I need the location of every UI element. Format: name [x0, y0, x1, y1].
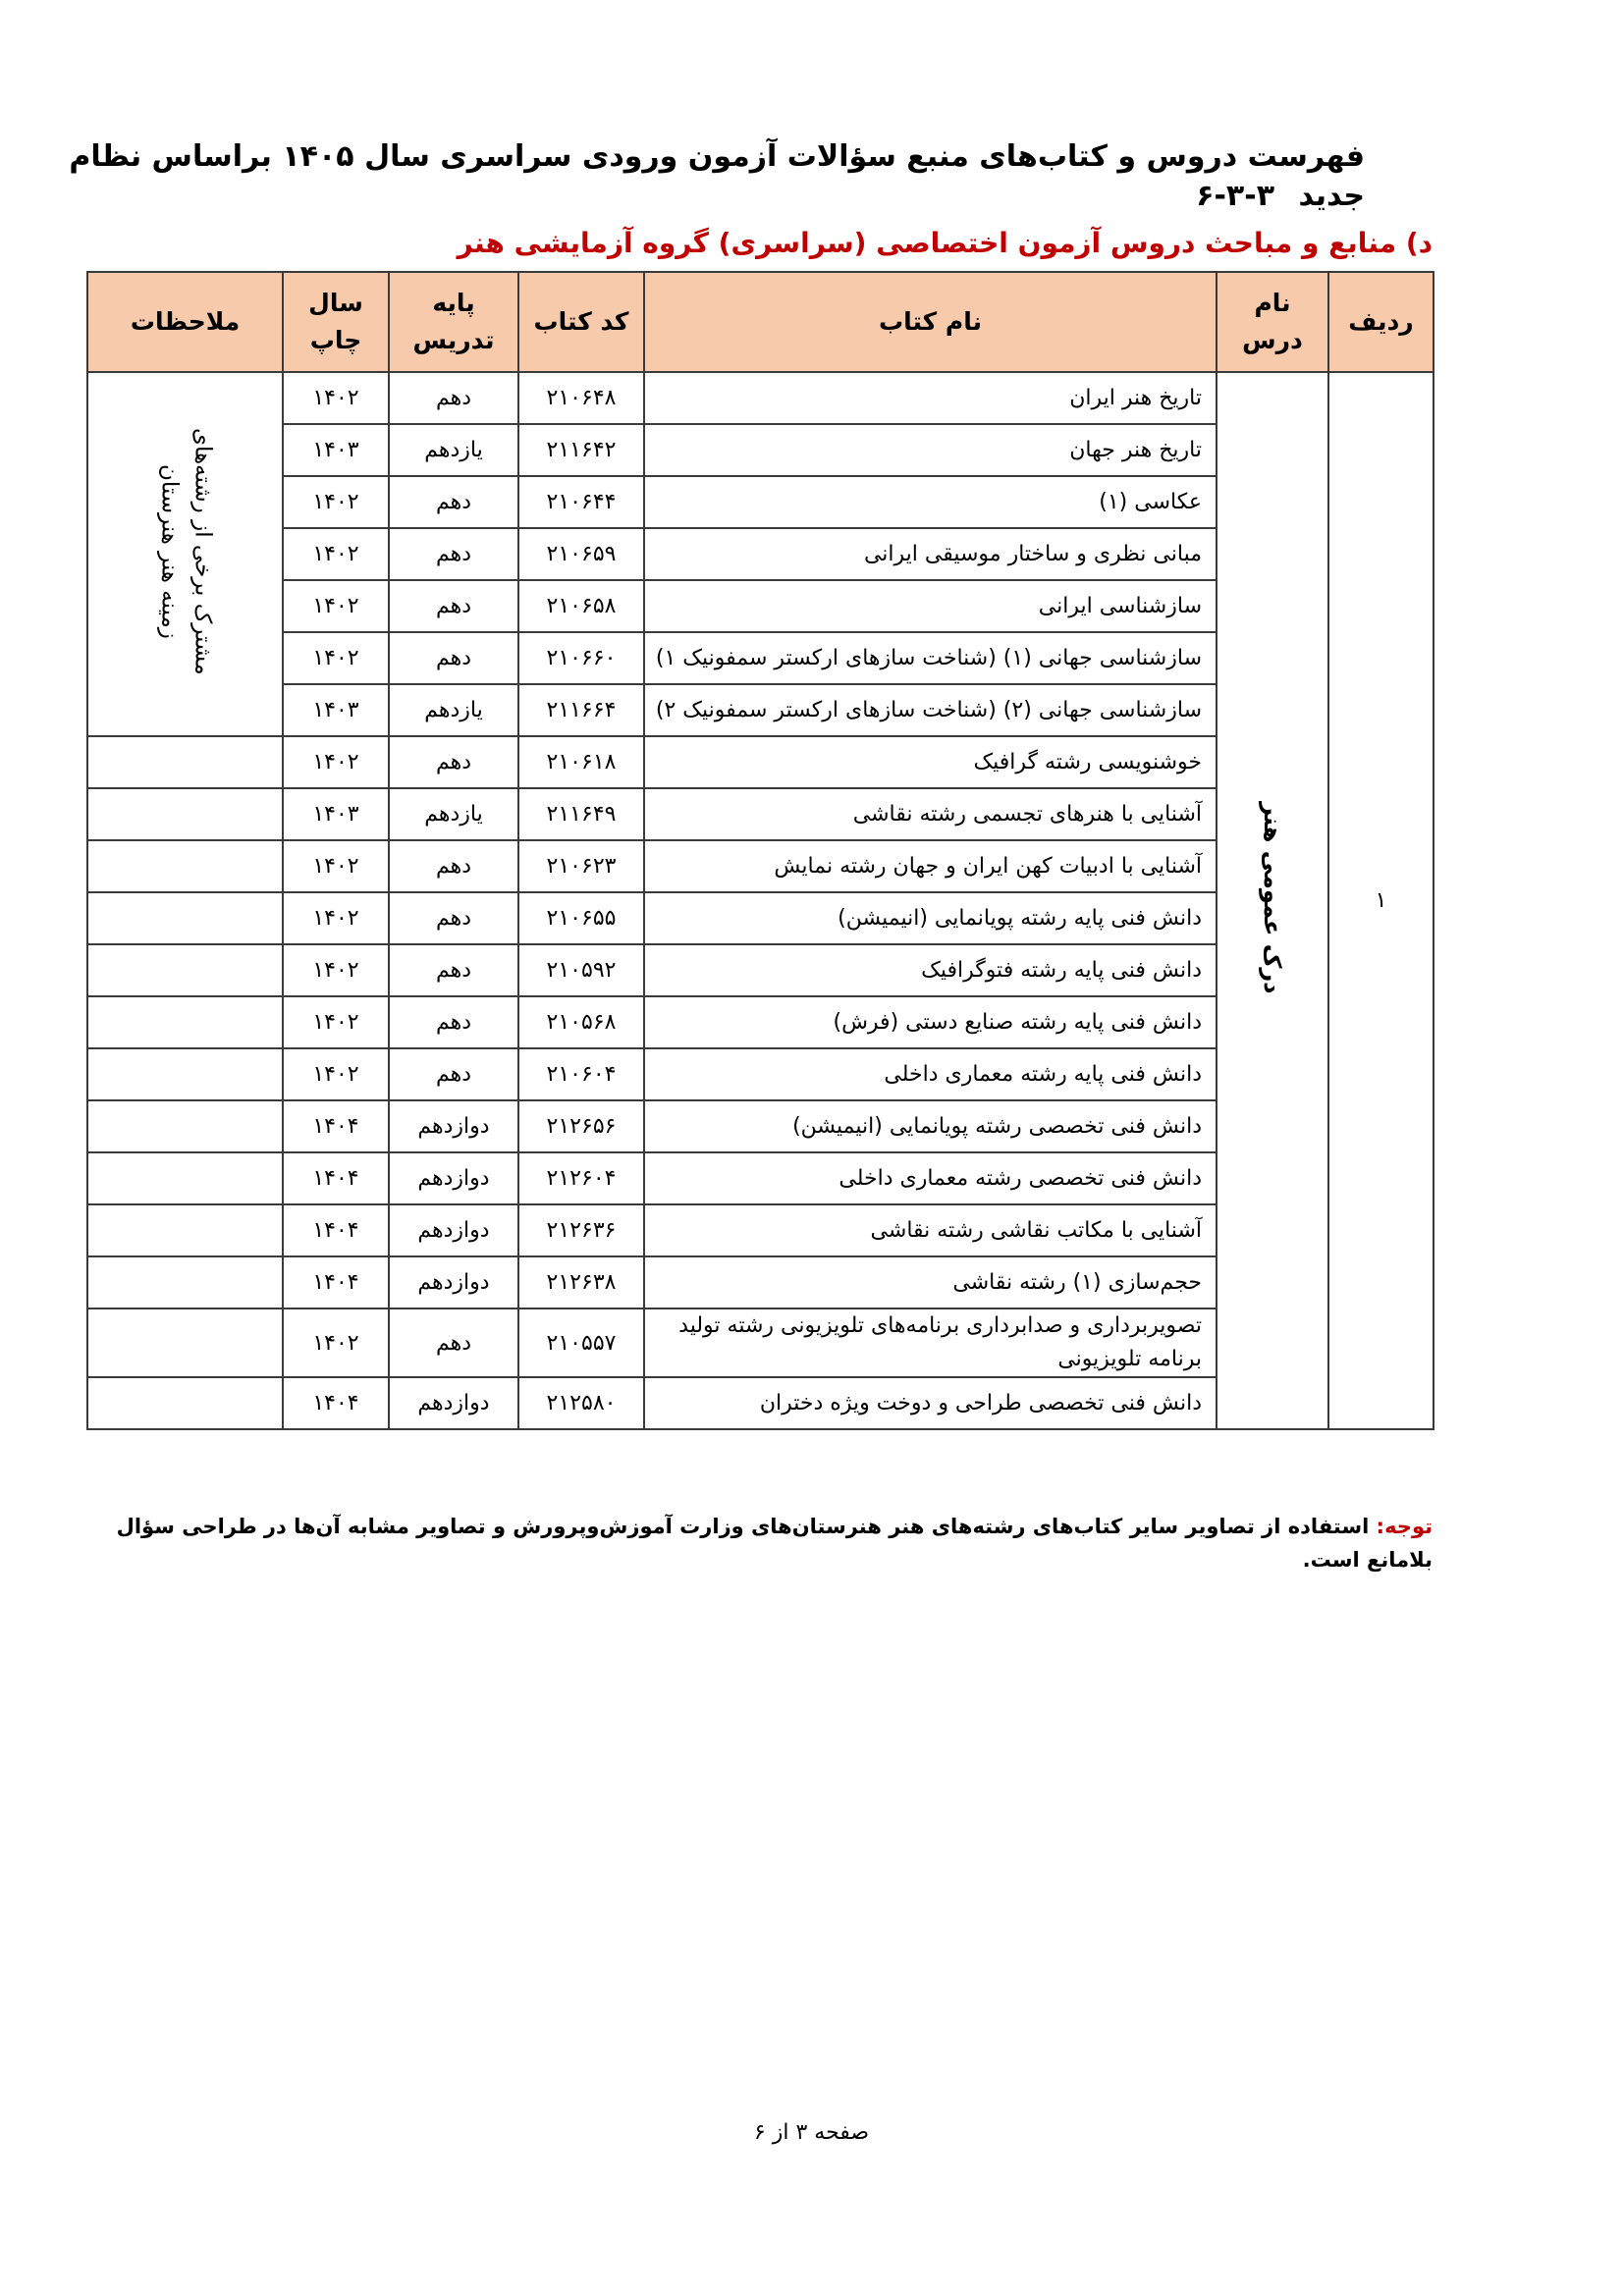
book-name-cell: دانش فنی تخصصی رشته معماری داخلی	[644, 1152, 1217, 1204]
book-code-cell: ۲۱۱۶۴۲	[518, 424, 644, 476]
grade-cell: دهم	[389, 1308, 518, 1377]
print-year-cell: ۱۴۰۲	[283, 996, 389, 1048]
grade-cell: دهم	[389, 840, 518, 892]
header-year-line1: سال	[308, 289, 363, 317]
book-name-cell: دانش فنی تخصصی طراحی و دوخت ویژه دختران	[644, 1377, 1217, 1429]
notes-cell	[87, 1152, 283, 1204]
print-year-cell: ۱۴۰۲	[283, 840, 389, 892]
notes-cell	[87, 1204, 283, 1256]
book-name-cell: دانش فنی پایه رشته فتوگرافیک	[644, 944, 1217, 996]
print-year-cell: ۱۴۰۳	[283, 424, 389, 476]
book-name-cell: خوشنویسی رشته گرافیک	[644, 736, 1217, 788]
section-subtitle: د) منابع و مباحث دروس آزمون اختصاصی (سرا…	[458, 224, 1433, 263]
table-row: ۱ درک عمومی هنر تاریخ هنر ایران ۲۱۰۶۴۸ د…	[87, 372, 1434, 424]
print-year-cell: ۱۴۰۲	[283, 528, 389, 580]
grade-cell: دهم	[389, 996, 518, 1048]
print-year-cell: ۱۴۰۲	[283, 476, 389, 528]
book-code-cell: ۲۱۲۶۳۶	[518, 1204, 644, 1256]
grade-cell: دهم	[389, 944, 518, 996]
book-name-cell: سازشناسی جهانی (۲) (شناخت سازهای ارکستر …	[644, 684, 1217, 736]
grade-cell: دوازدهم	[389, 1377, 518, 1429]
print-year-cell: ۱۴۰۲	[283, 1308, 389, 1377]
document-title-text: فهرست دروس و کتاب‌های منبع سؤالات آزمون …	[69, 139, 1365, 213]
book-name-cell: عکاسی (۱)	[644, 476, 1217, 528]
subject-cell: درک عمومی هنر	[1217, 372, 1328, 1429]
print-year-cell: ۱۴۰۲	[283, 1048, 389, 1100]
footnote: توجه: استفاده از تصاویر سایر کتاب‌های رش…	[86, 1510, 1433, 1576]
grade-cell: دهم	[389, 1048, 518, 1100]
row-number-cell: ۱	[1328, 372, 1434, 1429]
notes-cell	[87, 1308, 283, 1377]
book-name-cell: آشنایی با هنرهای تجسمی رشته نقاشی	[644, 788, 1217, 840]
grade-cell: دوازدهم	[389, 1204, 518, 1256]
notes-cell	[87, 840, 283, 892]
book-name-cell: حجم‌سازی (۱) رشته نقاشی	[644, 1256, 1217, 1308]
book-code-cell: ۲۱۰۶۰۴	[518, 1048, 644, 1100]
book-name-cell: مبانی نظری و ساختار موسیقی ایرانی	[644, 528, 1217, 580]
header-book-name: نام کتاب	[644, 272, 1217, 372]
notes-cell	[87, 996, 283, 1048]
book-code-cell: ۲۱۱۶۴۹	[518, 788, 644, 840]
header-year-line2: چاپ	[310, 326, 362, 354]
print-year-cell: ۱۴۰۲	[283, 736, 389, 788]
notes-cell	[87, 944, 283, 996]
document-title: فهرست دروس و کتاب‌های منبع سؤالات آزمون …	[0, 137, 1365, 216]
book-name-cell: آشنایی با ادبیات کهن ایران و جهان رشته ن…	[644, 840, 1217, 892]
book-code-cell: ۲۱۲۵۸۰	[518, 1377, 644, 1429]
book-name-cell: سازشناسی جهانی (۱) (شناخت سازهای ارکستر …	[644, 632, 1217, 684]
header-grade-line1: پایه	[432, 289, 474, 317]
header-notes: ملاحظات	[87, 272, 283, 372]
notes-cell	[87, 1048, 283, 1100]
document-section-number: ۳-۳-۶	[1196, 179, 1274, 213]
header-grade: پایه تدریس	[389, 272, 518, 372]
book-name-cell: دانش فنی پایه رشته پویانمایی (انیمیشن)	[644, 892, 1217, 944]
subject-name: درک عمومی هنر	[1256, 802, 1289, 993]
grade-cell: دهم	[389, 580, 518, 632]
book-code-cell: ۲۱۲۶۰۴	[518, 1152, 644, 1204]
book-code-cell: ۲۱۰۶۵۹	[518, 528, 644, 580]
book-name-cell: آشنایی با مکاتب نقاشی رشته نقاشی	[644, 1204, 1217, 1256]
print-year-cell: ۱۴۰۲	[283, 580, 389, 632]
header-grade-line2: تدریس	[413, 326, 495, 354]
book-name-cell: تصویربرداری و صدابرداری برنامه‌های تلویز…	[644, 1308, 1217, 1377]
header-subject-line1: نام	[1254, 289, 1290, 317]
print-year-cell: ۱۴۰۴	[283, 1204, 389, 1256]
book-sources-table: ردیف نام درس نام کتاب کد کتاب پایه تدریس…	[86, 271, 1434, 1430]
grade-cell: دهم	[389, 736, 518, 788]
print-year-cell: ۱۴۰۳	[283, 684, 389, 736]
book-code-cell: ۲۱۱۶۶۴	[518, 684, 644, 736]
book-code-cell: ۲۱۰۶۴۸	[518, 372, 644, 424]
book-code-cell: ۲۱۰۶۶۰	[518, 632, 644, 684]
print-year-cell: ۱۴۰۴	[283, 1100, 389, 1152]
header-print-year: سال چاپ	[283, 272, 389, 372]
book-code-cell: ۲۱۰۵۶۸	[518, 996, 644, 1048]
book-code-cell: ۲۱۰۶۱۸	[518, 736, 644, 788]
grade-cell: یازدهم	[389, 788, 518, 840]
book-code-cell: ۲۱۲۶۵۶	[518, 1100, 644, 1152]
header-subject: نام درس	[1217, 272, 1328, 372]
grade-cell: دهم	[389, 372, 518, 424]
book-name-cell: دانش فنی تخصصی رشته پویانمایی (انیمیشن)	[644, 1100, 1217, 1152]
notes-cell	[87, 1100, 283, 1152]
book-name-cell: تاریخ هنر ایران	[644, 372, 1217, 424]
grade-cell: دهم	[389, 476, 518, 528]
grade-cell: یازدهم	[389, 684, 518, 736]
notes-cell	[87, 1256, 283, 1308]
header-book-code: کد کتاب	[518, 272, 644, 372]
book-name-cell: دانش فنی پایه رشته معماری داخلی	[644, 1048, 1217, 1100]
notes-cell	[87, 1377, 283, 1429]
print-year-cell: ۱۴۰۲	[283, 632, 389, 684]
grade-cell: دوازدهم	[389, 1152, 518, 1204]
header-row-number: ردیف	[1328, 272, 1434, 372]
grade-cell: دوازدهم	[389, 1256, 518, 1308]
grade-cell: دهم	[389, 528, 518, 580]
book-code-cell: ۲۱۰۶۲۳	[518, 840, 644, 892]
book-code-cell: ۲۱۰۶۵۵	[518, 892, 644, 944]
notes-cell	[87, 736, 283, 788]
notes-cell	[87, 892, 283, 944]
footnote-label: توجه:	[1377, 1515, 1433, 1538]
print-year-cell: ۱۴۰۲	[283, 892, 389, 944]
book-code-cell: ۲۱۰۵۵۷	[518, 1308, 644, 1377]
grade-cell: دهم	[389, 892, 518, 944]
print-year-cell: ۱۴۰۲	[283, 944, 389, 996]
book-name-cell: سازشناسی ایرانی	[644, 580, 1217, 632]
book-name-cell: تاریخ هنر جهان	[644, 424, 1217, 476]
book-code-cell: ۲۱۲۶۳۸	[518, 1256, 644, 1308]
book-code-cell: ۲۱۰۵۹۲	[518, 944, 644, 996]
grade-cell: یازدهم	[389, 424, 518, 476]
notes-cell-shared: مشترک برخی از رشته‌های زمینه هنر هنرستان	[87, 372, 283, 736]
notes-cell	[87, 788, 283, 840]
footnote-text: استفاده از تصاویر سایر کتاب‌های رشته‌های…	[117, 1515, 1433, 1572]
book-name-cell: دانش فنی پایه رشته صنایع دستی (فرش)	[644, 996, 1217, 1048]
table-header-row: ردیف نام درس نام کتاب کد کتاب پایه تدریس…	[87, 272, 1434, 372]
shared-note-text: مشترک برخی از رشته‌های زمینه هنر هنرستان	[151, 404, 220, 699]
print-year-cell: ۱۴۰۳	[283, 788, 389, 840]
book-code-cell: ۲۱۰۶۴۴	[518, 476, 644, 528]
grade-cell: دوازدهم	[389, 1100, 518, 1152]
print-year-cell: ۱۴۰۴	[283, 1152, 389, 1204]
print-year-cell: ۱۴۰۴	[283, 1256, 389, 1308]
print-year-cell: ۱۴۰۴	[283, 1377, 389, 1429]
book-code-cell: ۲۱۰۶۵۸	[518, 580, 644, 632]
header-subject-line2: درس	[1242, 326, 1303, 354]
print-year-cell: ۱۴۰۲	[283, 372, 389, 424]
grade-cell: دهم	[389, 632, 518, 684]
page-number: صفحه ۳ از ۶	[0, 2120, 1623, 2145]
